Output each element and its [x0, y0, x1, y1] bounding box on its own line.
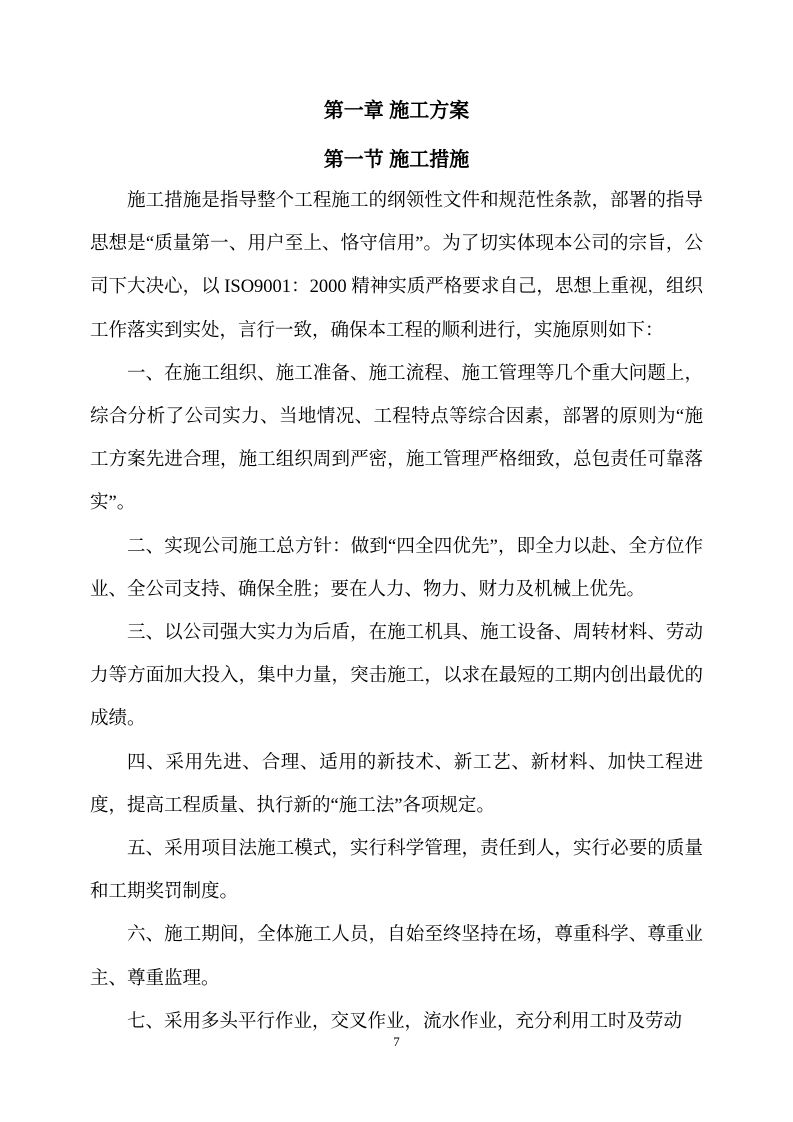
document-body: 施工措施是指导整个工程施工的纲领性文件和规范性条款，部署的指导思想是“质量第一、…: [90, 180, 703, 1044]
document-page: 第一章 施工方案 第一节 施工措施 施工措施是指导整个工程施工的纲领性文件和规范…: [0, 0, 793, 1122]
paragraph-item-4: 四、采用先进、合理、适用的新技术、新工艺、新材料、加快工程进度，提高工程质量、执…: [90, 742, 703, 828]
page-number: 7: [0, 1034, 793, 1050]
chapter-title: 第一章 施工方案: [90, 0, 703, 123]
paragraph-item-2: 二、实现公司施工总方针：做到“四全四优先”，即全力以赴、全方位作业、全公司支持、…: [90, 526, 703, 612]
paragraph-item-1: 一、在施工组织、施工准备、施工流程、施工管理等几个重大问题上，综合分析了公司实力…: [90, 353, 703, 526]
paragraph-item-5: 五、采用项目法施工模式，实行科学管理，责任到人，实行必要的质量和工期奖罚制度。: [90, 828, 703, 914]
section-title: 第一节 施工措施: [90, 148, 703, 172]
paragraph-item-3: 三、以公司强大实力为后盾，在施工机具、施工设备、周转材料、劳动力等方面加大投入，…: [90, 612, 703, 742]
paragraph-intro: 施工措施是指导整个工程施工的纲领性文件和规范性条款，部署的指导思想是“质量第一、…: [90, 180, 703, 353]
paragraph-item-6: 六、施工期间，全体施工人员，自始至终坚持在场，尊重科学、尊重业主、尊重监理。: [90, 914, 703, 1000]
